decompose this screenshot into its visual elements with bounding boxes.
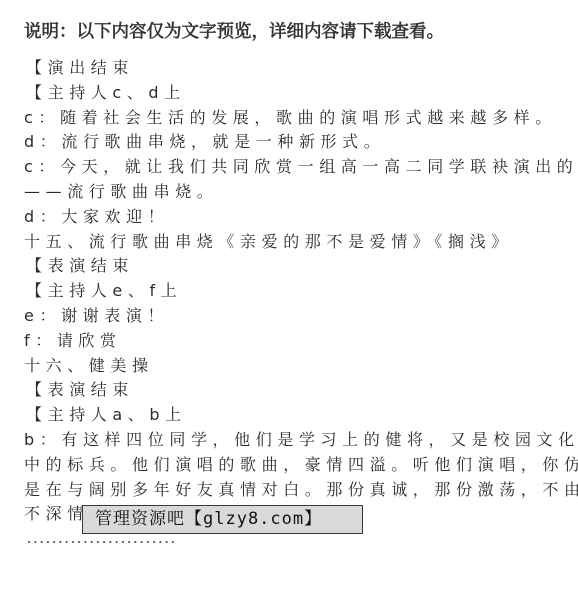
dialogue-line: c：今天，就让我们共同欣赏一组高一高二同学联袂演出的节目 [24,155,554,180]
dialogue-line: 中的标兵。他们演唱的歌曲，豪情四溢。听他们演唱，你仿佛 [24,453,554,478]
watermark-banner: 管理资源吧【glzy8.com】 [82,505,363,534]
stage-direction: 【表演结束 [24,254,554,279]
dialogue-line: d：大家欢迎！ [24,205,554,230]
stage-direction: 【表演结束 [24,378,554,403]
stage-direction: 【演出结束 [24,56,554,81]
dialogue-line: e：谢谢表演！ [24,304,554,329]
dialogue-line: ——流行歌曲串烧。 [24,180,554,205]
stage-direction: 【主持人c、d上 [24,81,554,106]
preview-notice: 说明：以下内容仅为文字预览，详细内容请下载查看。 [24,19,444,45]
stage-direction: 【主持人a、b上 [24,403,554,428]
dotted-ellipsis-icon [26,540,176,544]
watermark-text: 管理资源吧【glzy8.com】 [83,506,322,533]
stage-direction: 【主持人e、f上 [24,279,554,304]
program-heading: 十六、健美操 [24,354,554,379]
dialogue-line: b：有这样四位同学，他们是学习上的健将，又是校园文化生活 [24,428,554,453]
dialogue-line: f：请欣赏 [24,329,554,354]
dialogue-line: d：流行歌曲串烧，就是一种新形式。 [24,130,554,155]
program-heading: 十五、流行歌曲串烧《亲爱的那不是爱情》《搁浅》 [24,230,554,255]
dialogue-line: 是在与阔别多年好友真情对白。那份真诚，那份激荡，不由你 [24,478,554,503]
dialogue-line: c：随着社会生活的发展，歌曲的演唱形式越来越多样。 [24,106,554,131]
document-preview-text: 【演出结束 【主持人c、d上 c：随着社会生活的发展，歌曲的演唱形式越来越多样。… [24,56,554,527]
